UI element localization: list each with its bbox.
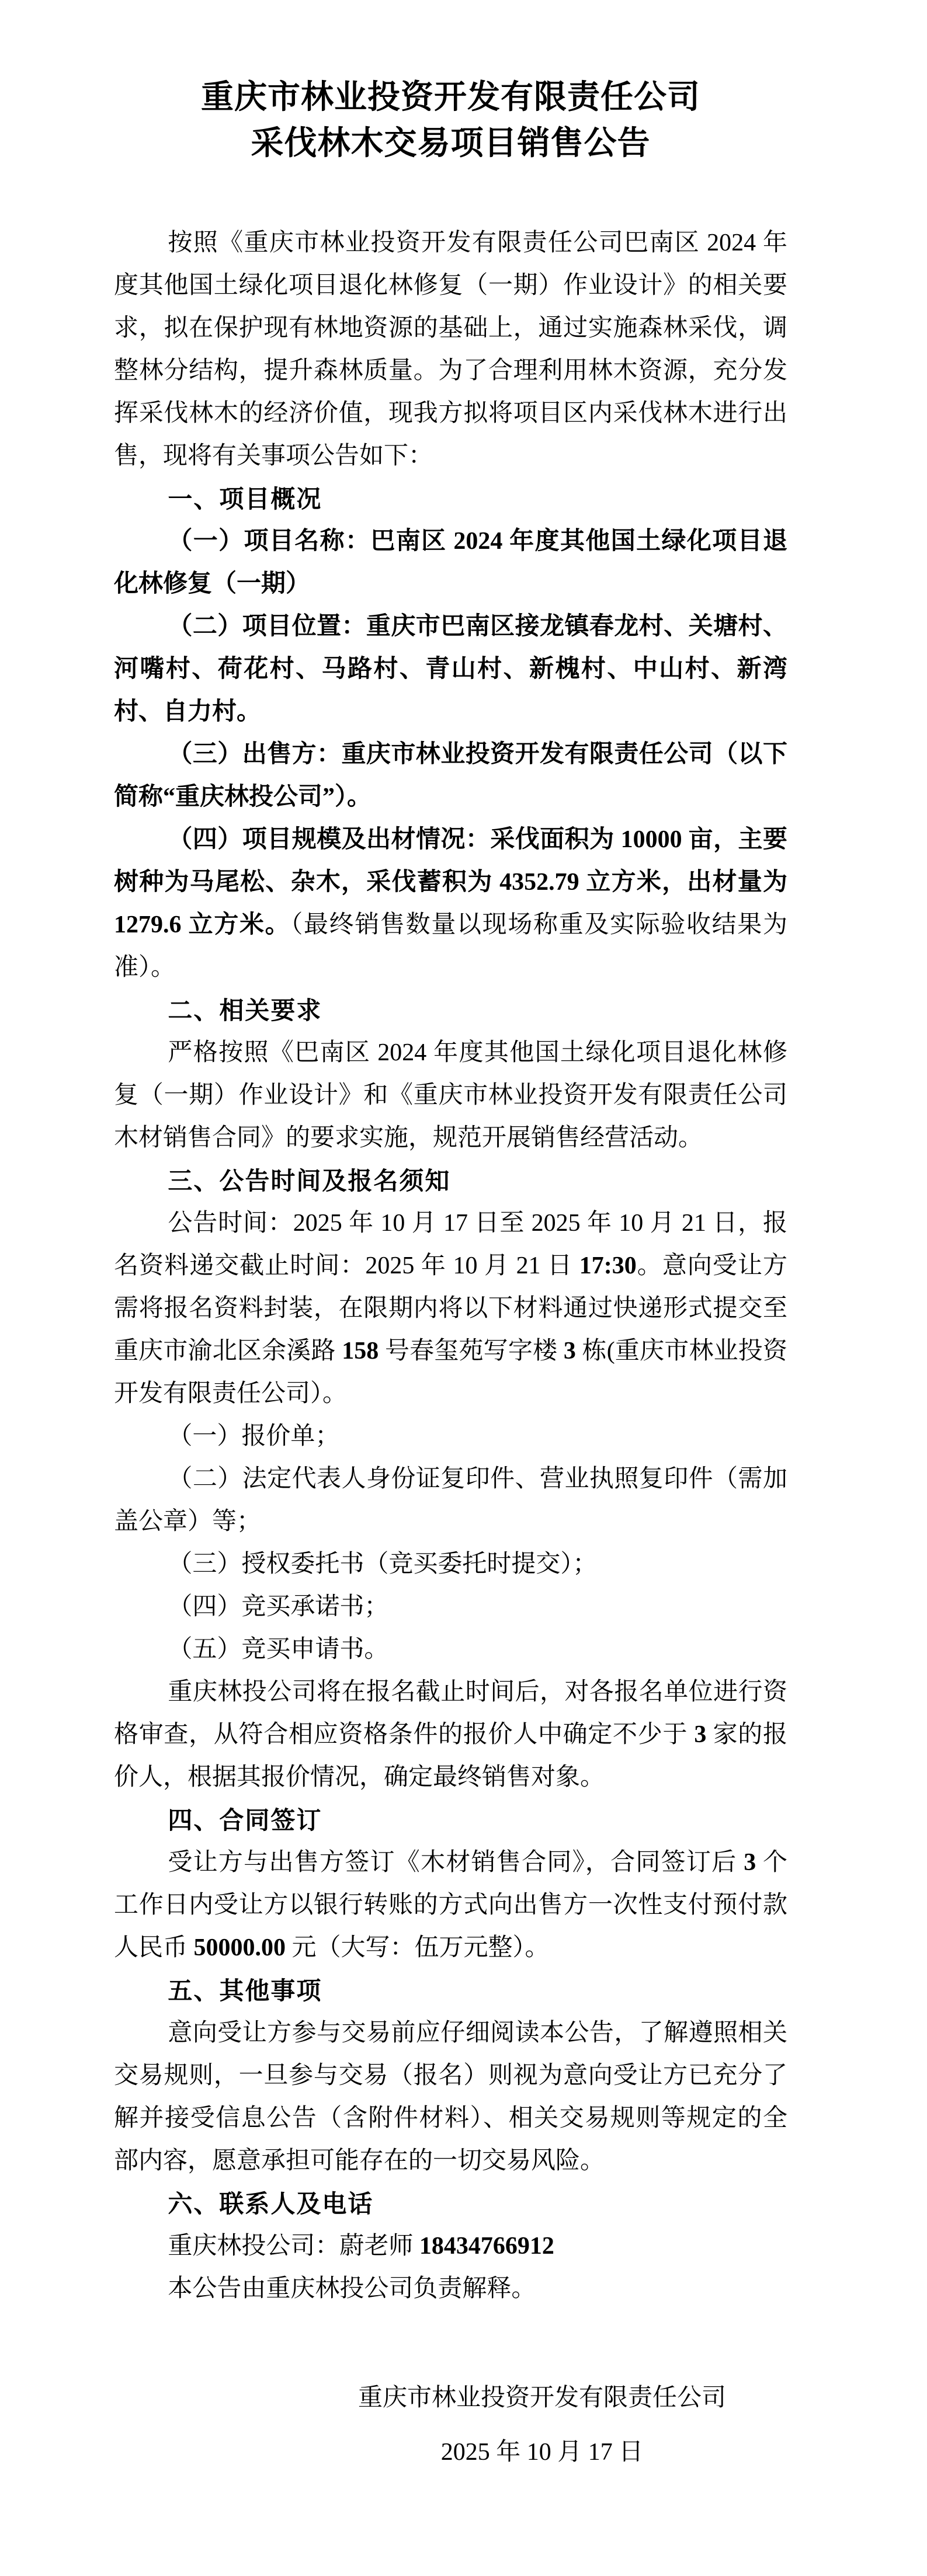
section-heading: 五、其他事项 [114,1969,787,2012]
document-body: 按照《重庆市林业投资开发有限责任公司巴南区 2024 年度其他国土绿化项目退化林… [114,222,787,2310]
paragraph: 意向受让方参与交易前应仔细阅读本公告，了解遵照相关交易规则，一旦参与交易（报名）… [114,2012,787,2182]
text-run: （二）法定代表人身份证复印件、营业执照复印件（需加盖公章）等； [114,1465,787,1535]
paragraph: （五）竞买申请书。 [114,1628,787,1671]
text-run-bold: 一、项目概况 [168,485,322,513]
text-run-bold: 二、相关要求 [168,997,322,1024]
paragraph: （一）报价单； [114,1415,787,1458]
section-heading: 一、项目概况 [114,478,787,520]
signature-inner: 重庆市林业投资开发有限责任公司 2025 年 10 月 17 日 [358,2377,726,2474]
text-run: 受让方与出售方签订《木材销售合同》，合同签订后 [168,1849,744,1876]
text-run-bold: 17:30 [579,1252,637,1279]
text-run-bold: （二）项目位置：重庆市巴南区接龙镇春龙村、关塘村、河嘴村、荷花村、马路村、青山村… [114,613,787,725]
text-run: （三）授权委托书（竞买委托时提交）； [168,1551,597,1578]
text-run: 按照《重庆市林业投资开发有限责任公司巴南区 2024 年度其他国土绿化项目退化林… [114,229,787,469]
text-run: 重庆林投公司将在报名截止时间后，对各报名单位进行资格审查，从符合相应资格条件的报… [114,1679,787,1748]
text-run: 严格按照《巴南区 2024 年度其他国土绿化项目退化林修复（一期）作业设计》和《… [114,1039,787,1151]
paragraph: （三）出售方：重庆市林业投资开发有限责任公司（以下简称“重庆林投公司”）。 [114,733,787,819]
text-run-bold: 四、合同签订 [168,1806,322,1834]
signature-date: 2025 年 10 月 17 日 [358,2431,726,2474]
section-heading: 三、公告时间及报名须知 [114,1160,787,1202]
paragraph: 重庆林投公司：蔚老师 18434766912 [114,2225,787,2268]
section-heading: 四、合同签订 [114,1799,787,1842]
paragraph: 本公告由重庆林投公司负责解释。 [114,2268,787,2310]
paragraph: 按照《重庆市林业投资开发有限责任公司巴南区 2024 年度其他国土绿化项目退化林… [114,222,787,478]
text-run: 号春玺苑写字楼 [379,1338,564,1364]
signature-company: 重庆市林业投资开发有限责任公司 [358,2377,726,2420]
text-run-bold: 三、公告时间及报名须知 [168,1167,450,1195]
text-run: 意向受让方参与交易前应仔细阅读本公告，了解遵照相关交易规则，一旦参与交易（报名）… [114,2020,787,2174]
text-run: （四）竞买承诺书； [168,1593,388,1620]
text-run-bold: 3 [694,1721,706,1748]
paragraph: （一）项目名称：巴南区 2024 年度其他国土绿化项目退化林修复（一期） [114,520,787,605]
text-run-bold: 18434766912 [419,2233,554,2260]
text-run-bold: （一）项目名称：巴南区 2024 年度其他国土绿化项目退化林修复（一期） [114,528,787,597]
section-heading: 六、联系人及电话 [114,2182,787,2225]
paragraph: 重庆林投公司将在报名截止时间后，对各报名单位进行资格审查，从符合相应资格条件的报… [114,1671,787,1799]
paragraph: （四）项目规模及出材情况：采伐面积为 10000 亩，主要树种为马尾松、杂木，采… [114,819,787,989]
announcement-page: 重庆市林业投资开发有限责任公司 采伐林木交易项目销售公告 按照《重庆市林业投资开… [0,0,927,2576]
paragraph: 受让方与出售方签订《木材销售合同》，合同签订后 3 个工作日内受让方以银行转账的… [114,1842,787,1969]
section-heading: 二、相关要求 [114,989,787,1032]
text-run: （五）竞买申请书。 [168,1636,388,1663]
text-run-bold: （三）出售方：重庆市林业投资开发有限责任公司（以下简称“重庆林投公司”）。 [114,741,787,810]
text-run: 重庆林投公司：蔚老师 [168,2233,419,2260]
paragraph: （二）法定代表人身份证复印件、营业执照复印件（需加盖公章）等； [114,1458,787,1543]
text-run-bold: 五、其他事项 [168,1977,322,2004]
document-title-line-2: 采伐林木交易项目销售公告 [114,121,787,167]
signature-block: 重庆市林业投资开发有限责任公司 2025 年 10 月 17 日 [114,2377,787,2474]
paragraph: （四）竞买承诺书； [114,1586,787,1628]
text-run-bold: 158 [342,1338,379,1364]
text-run: （一）报价单； [168,1423,339,1450]
text-run-bold: 3 [564,1338,576,1364]
text-run: 本公告由重庆林投公司负责解释。 [168,2275,536,2302]
paragraph: 公告时间：2025 年 10 月 17 日至 2025 年 10 月 21 日，… [114,1202,787,1415]
text-run-bold: 六、联系人及电话 [168,2190,373,2218]
text-run-bold: 3 [744,1849,756,1876]
document-title-line-1: 重庆市林业投资开发有限责任公司 [114,75,787,121]
paragraph: （三）授权委托书（竞买委托时提交）； [114,1543,787,1586]
paragraph: 严格按照《巴南区 2024 年度其他国土绿化项目退化林修复（一期）作业设计》和《… [114,1032,787,1160]
text-run: 元（大写：伍万元整）。 [286,1934,550,1961]
text-run-bold: 50000.00 [194,1934,286,1961]
document-title: 重庆市林业投资开发有限责任公司 采伐林木交易项目销售公告 [114,75,787,167]
paragraph: （二）项目位置：重庆市巴南区接龙镇春龙村、关塘村、河嘴村、荷花村、马路村、青山村… [114,605,787,733]
